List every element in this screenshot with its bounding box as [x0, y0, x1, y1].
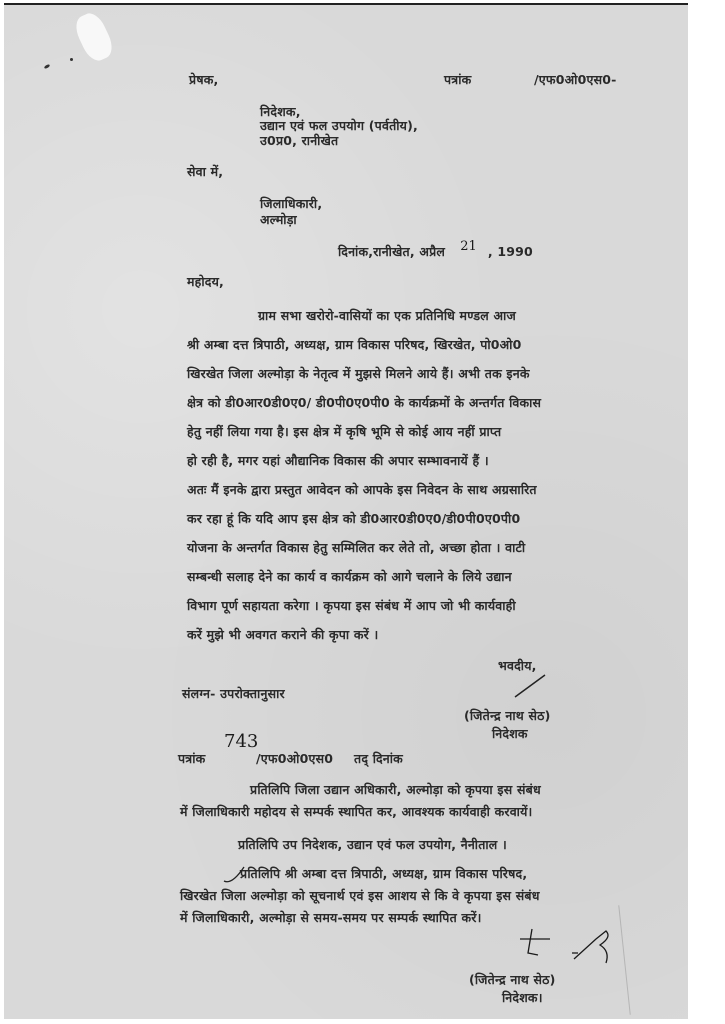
body-line: हो रही है, मगर यहां औद्यानिक विकास की अप…: [187, 452, 489, 469]
ink-speck: [44, 64, 51, 70]
ref-label: पत्रांक: [444, 71, 471, 88]
body-line: करें मुझे भी अवगत कराने की कृपा करें ।: [187, 626, 378, 643]
date-prefix: दिनांक,रानीखेत, अप्रैल: [338, 244, 445, 259]
signatory-name: (जितेन्द्र नाथ सेठ): [464, 707, 551, 724]
copy-line: प्रतिलिपि उप निदेशक, उद्यान एवं फल उपयोग…: [238, 836, 507, 853]
enclosure-note: संलग्न- उपरोक्तानुसार: [182, 685, 285, 702]
copy-line: प्रतिलिपि जिला उद्यान अधिकारी, अल्मोड़ा …: [250, 781, 541, 798]
final-signatory-name: (जितेन्द्र नाथ सेठ): [469, 971, 556, 988]
sender-place: उ0प्र0, रानीखेत: [260, 132, 338, 149]
to-label: सेवा में,: [187, 163, 223, 180]
from-label: प्रेषक,: [189, 71, 219, 88]
handwritten-checkmark: [222, 863, 252, 885]
body-line: क्षेत्र को डी0आर0डी0ए0/ डी0पी0ए0पी0 के क…: [187, 394, 541, 411]
body-line: ग्राम सभा खरोरो-वासियों का एक प्रतिनिधि …: [258, 307, 516, 324]
date-year: , 1990: [488, 244, 533, 259]
copy-line: खिरखेत जिला अल्मोड़ा को सूचनार्थ एवं इस …: [180, 887, 540, 904]
ink-speck: [70, 58, 73, 61]
copy-ref-label: पत्रांक: [178, 750, 205, 767]
copy-ref-number-handwritten: 743: [224, 731, 258, 752]
date-day-handwritten: 21: [460, 239, 477, 254]
body-line: सम्बन्धी सलाह देने का कार्य व कार्यक्रम …: [187, 568, 512, 585]
copy-ref-code: /एफ0ओ0एस0: [256, 750, 333, 767]
copy-ref-date-label: तद् दिनांक: [354, 750, 403, 767]
date-line: दिनांक,रानीखेत, अप्रैल 21 , 1990: [338, 241, 533, 260]
paper-tear-mark: [71, 9, 117, 64]
recipient-place: अल्मोड़ा: [260, 211, 297, 228]
body-line: खिरखेत जिला अल्मोड़ा के नेतृत्व में मुझस…: [187, 365, 530, 382]
body-line: योजना के अन्तर्गत विकास हेतु सम्मिलित कर…: [187, 539, 525, 556]
scanned-letter-page: प्रेषक, पत्रांक /एफ0ओ0एस0- निदेशक, उद्या…: [4, 3, 688, 1019]
copy-line: में जिलाधिकारी, अल्मोड़ा से समय-समय पर स…: [180, 909, 482, 926]
body-line: हेतु नहीं लिया गया है। इस क्षेत्र में कृ…: [187, 423, 501, 440]
body-line: कर रहा हूं कि यदि आप इस क्षेत्र को डी0आर…: [187, 510, 520, 527]
body-line: श्री अम्बा दत्त त्रिपाठी, अध्यक्ष, ग्राम…: [187, 336, 522, 353]
body-line: अतः मैं इनके द्वारा प्रस्तुत आवेदन को आप…: [187, 481, 537, 498]
body-line: विभाग पूर्ण सहायता करेगा । कृपया इस संबं…: [187, 597, 516, 614]
salutation: महोदय,: [187, 273, 224, 290]
signatory-title: निदेशक: [492, 725, 528, 742]
ref-code: /एफ0ओ0एस0-: [534, 71, 617, 88]
final-signatory-title: निदेशक।: [502, 989, 543, 1006]
copy-line: प्रतिलिपि श्री अम्बा दत्त त्रिपाठी, अध्य…: [240, 865, 527, 882]
recipient-title: जिलाधिकारी,: [260, 195, 322, 212]
signature-stroke: [509, 671, 549, 701]
copy-line: में जिलाधिकारी महोदय से सम्पर्क स्थापित …: [180, 803, 533, 820]
initials-signature: [514, 925, 624, 975]
